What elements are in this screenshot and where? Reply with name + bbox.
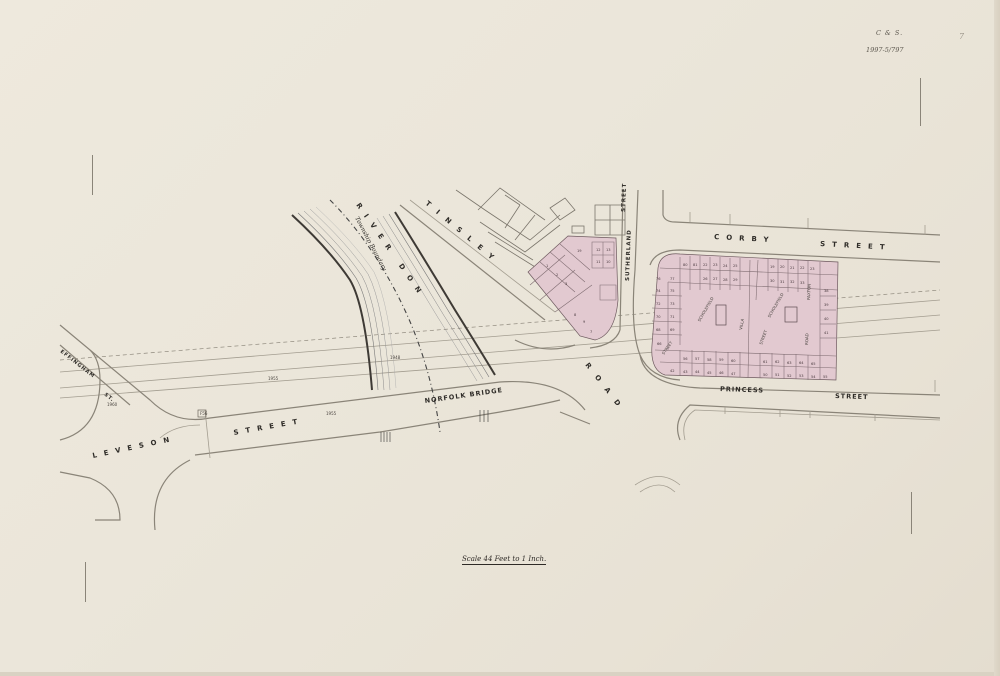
svg-text:PAXTON: PAXTON bbox=[806, 284, 812, 300]
svg-text:72: 72 bbox=[656, 302, 661, 306]
tinsley-road bbox=[400, 200, 680, 492]
svg-text:45: 45 bbox=[707, 371, 712, 375]
svg-text:F56: F56 bbox=[200, 411, 208, 416]
svg-text:60: 60 bbox=[731, 359, 736, 363]
svg-text:77: 77 bbox=[670, 277, 675, 281]
svg-text:76: 76 bbox=[656, 277, 661, 281]
svg-text:42: 42 bbox=[670, 369, 675, 373]
svg-text:59: 59 bbox=[719, 358, 724, 362]
svg-text:53: 53 bbox=[799, 374, 804, 378]
svg-text:81: 81 bbox=[693, 263, 698, 267]
svg-text:3: 3 bbox=[565, 282, 567, 286]
svg-text:29: 29 bbox=[733, 278, 738, 282]
svg-text:1955: 1955 bbox=[268, 376, 279, 381]
svg-text:25: 25 bbox=[733, 264, 738, 268]
svg-text:75: 75 bbox=[670, 289, 675, 293]
svg-text:20: 20 bbox=[780, 265, 785, 269]
leveson-street-label: STREET bbox=[233, 417, 305, 437]
svg-text:54: 54 bbox=[811, 375, 816, 379]
svg-text:68: 68 bbox=[656, 328, 661, 332]
corby-street bbox=[650, 190, 940, 265]
survey-plan: 1912 1311 108 97 12 3 bbox=[0, 0, 1000, 676]
map-sheet: C & S. 1997-5/797 7 bbox=[0, 0, 1000, 676]
effingham-label: EFFINGHAM bbox=[59, 349, 96, 380]
svg-text:41: 41 bbox=[824, 331, 829, 335]
road-label: ROAD bbox=[583, 361, 628, 415]
svg-text:2: 2 bbox=[556, 273, 558, 277]
svg-text:22: 22 bbox=[800, 266, 805, 270]
svg-text:65: 65 bbox=[811, 362, 816, 366]
svg-text:57: 57 bbox=[695, 357, 700, 361]
svg-text:55: 55 bbox=[823, 375, 828, 379]
svg-text:43: 43 bbox=[683, 370, 688, 374]
svg-text:66: 66 bbox=[657, 342, 662, 346]
svg-text:32: 32 bbox=[790, 280, 795, 284]
corby-street-label: STREET bbox=[820, 240, 892, 252]
svg-text:30: 30 bbox=[770, 279, 775, 283]
svg-text:47: 47 bbox=[731, 372, 736, 376]
sheet-edge bbox=[0, 672, 1000, 676]
corby-label: CORBY bbox=[714, 233, 776, 244]
svg-text:27: 27 bbox=[713, 277, 718, 281]
svg-text:64: 64 bbox=[799, 361, 804, 365]
svg-text:71: 71 bbox=[670, 315, 675, 319]
leveson-label: LEVESON bbox=[92, 434, 177, 460]
princess-street-label: STREET bbox=[835, 392, 869, 401]
svg-text:23: 23 bbox=[713, 263, 718, 267]
svg-text:7: 7 bbox=[590, 330, 592, 334]
svg-text:56: 56 bbox=[683, 357, 688, 361]
svg-text:19: 19 bbox=[577, 249, 582, 253]
svg-text:11: 11 bbox=[596, 260, 601, 264]
svg-text:13: 13 bbox=[606, 248, 611, 252]
svg-text:63: 63 bbox=[787, 361, 792, 365]
leveson-street bbox=[60, 325, 585, 530]
svg-text:73: 73 bbox=[670, 302, 675, 306]
svg-text:33: 33 bbox=[800, 281, 805, 285]
sutherland-block-lots: 1912 1311 108 97 12 3 bbox=[528, 236, 618, 340]
svg-text:62: 62 bbox=[775, 360, 780, 364]
svg-text:22: 22 bbox=[703, 263, 708, 267]
svg-text:ROAD: ROAD bbox=[804, 333, 809, 345]
princess-label: PRINCESS bbox=[720, 385, 764, 395]
svg-text:1955: 1955 bbox=[326, 411, 337, 416]
norfolk-bridge-label: NORFOLK BRIDGE bbox=[424, 386, 503, 405]
svg-text:61: 61 bbox=[763, 360, 768, 364]
svg-text:38: 38 bbox=[824, 289, 829, 293]
svg-text:46: 46 bbox=[719, 371, 724, 375]
svg-text:80: 80 bbox=[683, 263, 688, 267]
scale-note: Scale 44 Feet to 1 Inch. bbox=[462, 555, 546, 565]
svg-text:23: 23 bbox=[810, 267, 815, 271]
svg-text:28: 28 bbox=[723, 278, 728, 282]
sutherland-label: SUTHERLAND bbox=[625, 229, 633, 281]
svg-text:1960: 1960 bbox=[107, 402, 118, 407]
svg-text:19: 19 bbox=[770, 265, 775, 269]
corby-block-lots: 8081 2223 2425 1920 2122 23 2627 2829 30… bbox=[652, 254, 838, 380]
svg-text:39: 39 bbox=[824, 303, 829, 307]
svg-text:69: 69 bbox=[670, 328, 675, 332]
svg-text:51: 51 bbox=[775, 373, 780, 377]
sutherland-street-label: STREET bbox=[621, 183, 628, 212]
svg-text:12: 12 bbox=[596, 248, 601, 252]
svg-text:40: 40 bbox=[824, 317, 829, 321]
svg-text:1948: 1948 bbox=[390, 355, 401, 360]
svg-text:50: 50 bbox=[763, 373, 768, 377]
svg-text:74: 74 bbox=[656, 289, 661, 293]
svg-text:26: 26 bbox=[703, 277, 708, 281]
svg-text:31: 31 bbox=[780, 280, 785, 284]
svg-text:70: 70 bbox=[656, 315, 661, 319]
svg-text:1: 1 bbox=[546, 264, 548, 268]
svg-text:58: 58 bbox=[707, 358, 712, 362]
svg-text:10: 10 bbox=[606, 260, 611, 264]
svg-text:52: 52 bbox=[787, 374, 792, 378]
svg-text:44: 44 bbox=[695, 370, 700, 374]
svg-text:24: 24 bbox=[723, 264, 728, 268]
svg-text:21: 21 bbox=[790, 266, 795, 270]
